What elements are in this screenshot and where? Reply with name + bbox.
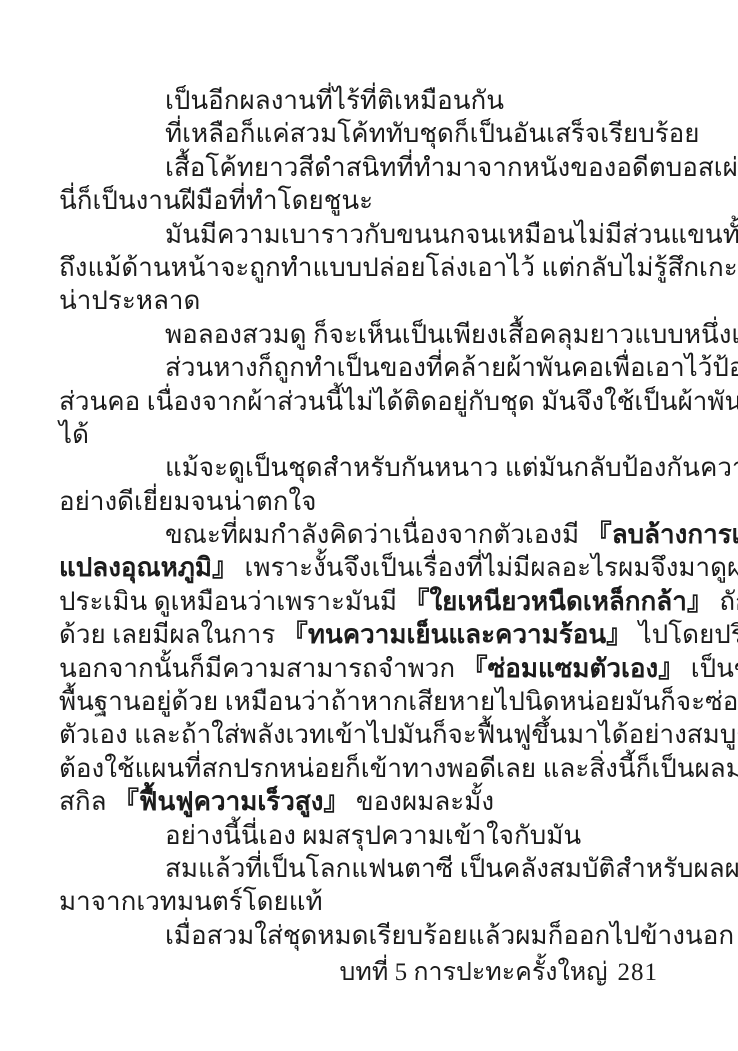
skill-name-text: 『ฟื้นฟูความเร็วสูง』	[113, 787, 349, 816]
body-text-segment: ส่วนคอ เนื่องจากผ้าส่วนนี้ไม่ได้ติดอยู่ก…	[59, 387, 738, 416]
text-line: พื้นฐานอยู่ด้วย เหมือนว่าถ้าหากเสียหายไป…	[59, 685, 684, 718]
body-text-segment: ที่เหลือก็แค่สวมโค้ททับชุดก็เป็นอันเสร็จ…	[165, 119, 700, 148]
body-text-segment: แม้จะดูเป็นชุดสำหรับกันหนาว แต่มันกลับป้…	[165, 453, 738, 482]
text-line: เมื่อสวมใส่ชุดหมดเรียบร้อยแล้วผมก็ออกไปข…	[59, 919, 684, 952]
body-text-segment: ต้องใช้แผนที่สกปรกหน่อยก็เข้าทางพอดีเลย …	[59, 754, 738, 783]
body-text-segment: เป็นอีกผลงานที่ไร้ที่ติเหมือนกัน	[165, 86, 504, 115]
text-line: เสื้อโค้ทยาวสีดำสนิทที่ทำมาจากหนังของอดี…	[59, 151, 684, 184]
footer-page-number: 281	[618, 959, 659, 986]
body-text-segment: น่าประหลาด	[59, 286, 200, 315]
skill-name-text: 『ใยเหนียวหนืดเหล็กกล้า』	[403, 587, 712, 616]
body-text-segment: พื้นฐานอยู่ด้วย เหมือนว่าถ้าหากเสียหายไป…	[59, 687, 738, 716]
skill-name-text: 『ทนความเย็นและความร้อน』	[282, 620, 632, 649]
body-text-segment: มาจากเวทมนตร์โดยแท้	[59, 887, 323, 916]
text-line: ถึงแม้ด้านหน้าจะถูกทำแบบปล่อยโล่งเอาไว้ …	[59, 251, 684, 284]
skill-name-text: 『ซ่อมแซมตัวเอง』	[462, 654, 685, 683]
text-line: ส่วนหางก็ถูกทำเป็นของที่คล้ายผ้าพันคอเพื…	[59, 351, 684, 384]
text-line: อย่างนี้นี่เอง ผมสรุปความเข้าใจกับมัน	[59, 819, 684, 852]
body-text-segment: ประเมิน ดูเหมือนว่าเพราะมันมี	[59, 587, 403, 616]
text-line: สมแล้วที่เป็นโลกแฟนตาซี เป็นคลังสมบัติสำ…	[59, 852, 684, 885]
body-text-segment: อย่างนี้นี่เอง ผมสรุปความเข้าใจกับมัน	[165, 821, 581, 850]
text-line: มันมีความเบาราวกับขนนกจนเหมือนไม่มีส่วนแ…	[59, 218, 684, 251]
body-text-segment: ขณะที่ผมกำลังคิดว่าเนื่องจากตัวเองมี	[165, 520, 586, 549]
page-footer: บทที่ 5 การปะทะครั้งใหญ่281	[340, 956, 658, 990]
body-text-segment: เสื้อโค้ทยาวสีดำสนิทที่ทำมาจากหนังของอดี…	[165, 153, 738, 182]
text-line: อย่างดีเยี่ยมจนน่าตกใจ	[59, 485, 684, 518]
body-text-segment: นอกจากนั้นก็มีความสามารถจำพวก	[59, 654, 462, 683]
body-text-segment: ถักรวมอยู่	[713, 587, 738, 616]
text-line: ด้วย เลยมีผลในการ 『ทนความเย็นและความร้อน…	[59, 618, 684, 651]
text-line: เป็นอีกผลงานที่ไร้ที่ติเหมือนกัน	[59, 84, 684, 117]
body-text: เป็นอีกผลงานที่ไร้ที่ติเหมือนกันที่เหลือ…	[59, 84, 684, 952]
text-line: ที่เหลือก็แค่สวมโค้ททับชุดก็เป็นอันเสร็จ…	[59, 117, 684, 150]
body-text-segment: นี่ก็เป็นงานฝีมือที่ทำโดยชูนะ	[59, 186, 373, 215]
text-line: ตัวเอง และถ้าใส่พลังเวทเข้าไปมันก็จะฟื้น…	[59, 718, 684, 751]
text-line: ได้	[59, 418, 684, 451]
body-text-segment: สกิล	[59, 787, 113, 816]
body-text-segment: เป็นของ	[684, 654, 738, 683]
text-line: ขณะที่ผมกำลังคิดว่าเนื่องจากตัวเองมี 『ลบ…	[59, 518, 684, 551]
text-line: มาจากเวทมนตร์โดยแท้	[59, 885, 684, 918]
text-line: แปลงอุณหภูมิ』 เพราะงั้นจึงเป็นเรื่องที่ไ…	[59, 551, 684, 584]
skill-name-text: แปลงอุณหภูมิ』	[59, 553, 238, 582]
book-page: เป็นอีกผลงานที่ไร้ที่ติเหมือนกันที่เหลือ…	[0, 0, 738, 1051]
text-line: นอกจากนั้นก็มีความสามารถจำพวก 『ซ่อมแซมตั…	[59, 652, 684, 685]
body-text-segment: เมื่อสวมใส่ชุดหมดเรียบร้อยแล้วผมก็ออกไปข…	[165, 921, 734, 950]
text-line: สกิล 『ฟื้นฟูความเร็วสูง』 ของผมละมั้ง	[59, 785, 684, 818]
text-line: น่าประหลาด	[59, 284, 684, 317]
body-text-segment: อย่างดีเยี่ยมจนน่าตกใจ	[59, 487, 316, 516]
body-text-segment: ถึงแม้ด้านหน้าจะถูกทำแบบปล่อยโล่งเอาไว้ …	[59, 253, 738, 282]
body-text-segment: ด้วย เลยมีผลในการ	[59, 620, 282, 649]
body-text-segment: สมแล้วที่เป็นโลกแฟนตาซี เป็นคลังสมบัติสำ…	[165, 854, 738, 883]
body-text-segment: ของผมละมั้ง	[349, 787, 494, 816]
body-text-segment: ไปโดยปริยาย	[632, 620, 738, 649]
footer-chapter-title: บทที่ 5 การปะทะครั้งใหญ่	[340, 959, 608, 986]
body-text-segment: ตัวเอง และถ้าใส่พลังเวทเข้าไปมันก็จะฟื้น…	[59, 720, 738, 749]
text-line: นี่ก็เป็นงานฝีมือที่ทำโดยชูนะ	[59, 184, 684, 217]
text-line: แม้จะดูเป็นชุดสำหรับกันหนาว แต่มันกลับป้…	[59, 451, 684, 484]
body-text-segment: ได้	[59, 420, 89, 449]
text-line: ประเมิน ดูเหมือนว่าเพราะมันมี 『ใยเหนียวห…	[59, 585, 684, 618]
text-line: ส่วนคอ เนื่องจากผ้าส่วนนี้ไม่ได้ติดอยู่ก…	[59, 385, 684, 418]
text-line: พอลองสวมดู ก็จะเห็นเป็นเพียงเสื้อคลุมยาว…	[59, 318, 684, 351]
skill-name-text: 『ลบล้างการเปลี่ยน-	[586, 520, 738, 549]
text-line: ต้องใช้แผนที่สกปรกหน่อยก็เข้าทางพอดีเลย …	[59, 752, 684, 785]
body-text-segment: พอลองสวมดู ก็จะเห็นเป็นเพียงเสื้อคลุมยาว…	[165, 320, 738, 349]
body-text-segment: เพราะงั้นจึงเป็นเรื่องที่ไม่มีผลอะไรผมจึ…	[238, 553, 738, 582]
body-text-segment: มันมีความเบาราวกับขนนกจนเหมือนไม่มีส่วนแ…	[165, 220, 738, 249]
body-text-segment: ส่วนหางก็ถูกทำเป็นของที่คล้ายผ้าพันคอเพื…	[165, 353, 738, 382]
